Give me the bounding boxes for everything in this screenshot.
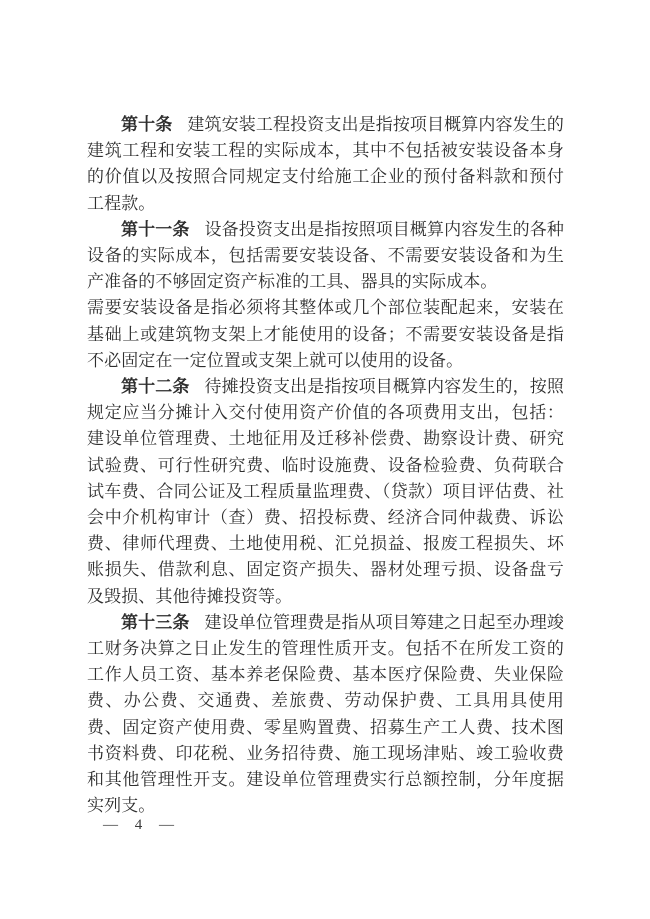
article-12-text: 待摊投资支出是指按项目概算内容发生的，按照规定应当分摊计入交付使用资产价值的各项… bbox=[87, 377, 564, 606]
article-13-text: 建设单位管理费是指从项目筹建之日起至办理竣工财务决算之日止发生的管理性质开支。包… bbox=[87, 613, 564, 815]
article-11-number: 第十一条 bbox=[121, 220, 189, 239]
article-12-number: 第十二条 bbox=[121, 377, 189, 396]
equipment-definition-paragraph: 需要安装设备是指必须将其整体或几个部位装配起来，安装在基础上或建筑物支架上才能使… bbox=[87, 295, 564, 374]
page-number: — 4 — bbox=[103, 817, 179, 834]
document-body: 第十条建筑安装工程投资支出是指按项目概算内容发生的建筑工程和安装工程的实际成本，… bbox=[87, 112, 564, 819]
article-10-number: 第十条 bbox=[121, 115, 172, 134]
article-13-number: 第十三条 bbox=[121, 613, 189, 632]
article-10-paragraph: 第十条建筑安装工程投资支出是指按项目概算内容发生的建筑工程和安装工程的实际成本，… bbox=[87, 112, 564, 217]
article-13-paragraph: 第十三条建设单位管理费是指从项目筹建之日起至办理竣工财务决算之日止发生的管理性质… bbox=[87, 610, 564, 820]
equipment-definition-text: 需要安装设备是指必须将其整体或几个部位装配起来，安装在基础上或建筑物支架上才能使… bbox=[87, 298, 564, 369]
document-page: 第十条建筑安装工程投资支出是指按项目概算内容发生的建筑工程和安装工程的实际成本，… bbox=[0, 0, 650, 919]
article-11-paragraph: 第十一条设备投资支出是指按照项目概算内容发生的各种设备的实际成本，包括需要安装设… bbox=[87, 217, 564, 296]
article-12-paragraph: 第十二条待摊投资支出是指按项目概算内容发生的，按照规定应当分摊计入交付使用资产价… bbox=[87, 374, 564, 610]
